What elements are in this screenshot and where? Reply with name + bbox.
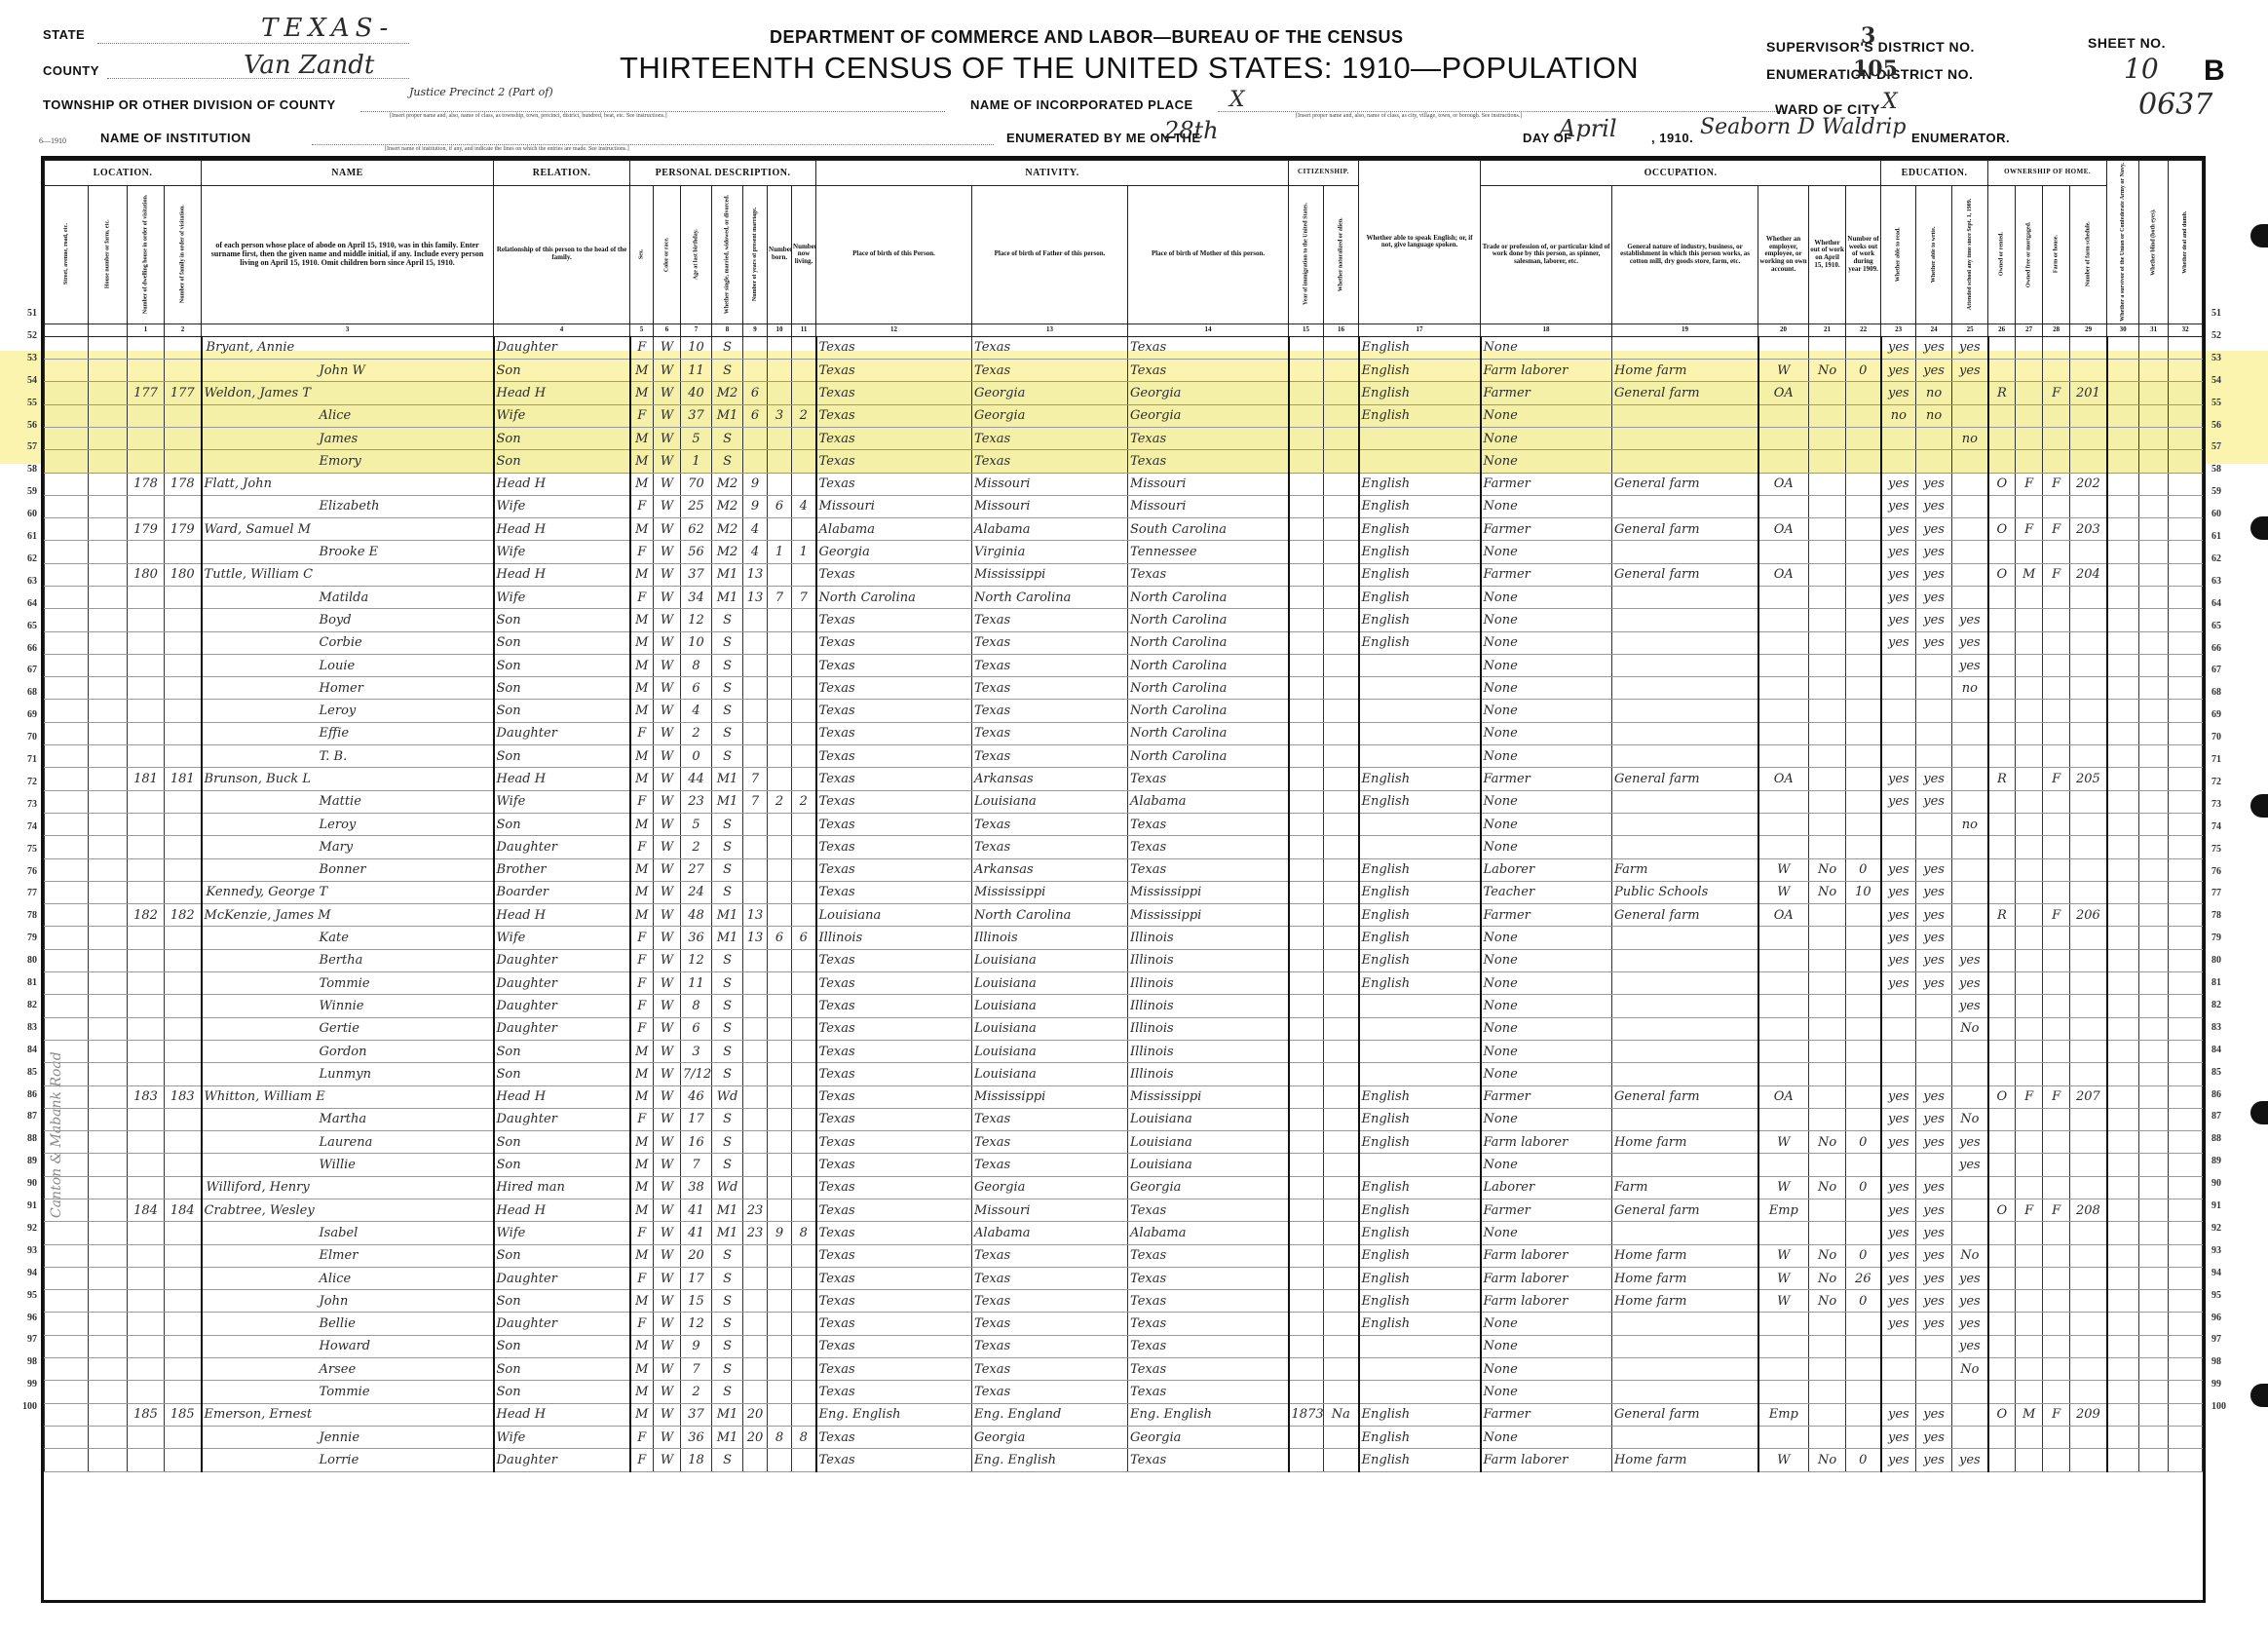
cell-bpf: Texas xyxy=(972,1244,1128,1267)
cell-school: no xyxy=(1952,427,1988,449)
cell-fm xyxy=(2016,745,2043,768)
cell-school: No xyxy=(1952,1017,1988,1040)
cell-wks xyxy=(1846,1063,1881,1085)
cell-oow xyxy=(1809,904,1846,927)
cell-yrs xyxy=(743,360,768,382)
cell-industry xyxy=(1612,836,1758,858)
line-number: 74 xyxy=(4,821,37,832)
cell-bpf: Eng. England xyxy=(972,1403,1128,1426)
cell-family xyxy=(165,360,202,382)
cell-house xyxy=(89,631,128,654)
cell-trade: None xyxy=(1481,1108,1612,1130)
cell-family xyxy=(165,995,202,1017)
cell-blind xyxy=(2139,563,2169,586)
cell-blind xyxy=(2139,768,2169,790)
cell-imm xyxy=(1289,1176,1324,1199)
cell-read xyxy=(1881,1358,1916,1381)
cell-age: 36 xyxy=(681,927,712,949)
cell-race: W xyxy=(654,677,681,700)
cell-born xyxy=(768,836,792,858)
cell-bpm: Texas xyxy=(1128,360,1289,382)
cell-own xyxy=(1988,1063,2016,1085)
cell-read xyxy=(1881,654,1916,676)
cell-school: No xyxy=(1952,1358,1988,1381)
cell-fh: F xyxy=(2043,904,2070,927)
cell-wks: 0 xyxy=(1846,360,1881,382)
cell-marital: S xyxy=(712,700,743,722)
cell-oow xyxy=(1809,836,1846,858)
cell-fh xyxy=(2043,631,2070,654)
cell-race: W xyxy=(654,586,681,608)
cell-school xyxy=(1952,404,1988,427)
cell-deaf xyxy=(2169,1449,2203,1471)
cell-sex: M xyxy=(630,1403,654,1426)
township-value: Justice Precinct 2 (Part of) xyxy=(409,86,553,98)
cell-lang xyxy=(1359,836,1481,858)
cell-industry: Farm xyxy=(1612,1176,1758,1199)
header-birth-mother: Place of birth of Mother of this person. xyxy=(1128,185,1289,324)
group-occupation: OCCUPATION. xyxy=(1481,161,1881,186)
cell-emp xyxy=(1758,450,1809,473)
cell-trade: Laborer xyxy=(1481,858,1612,881)
cell-street xyxy=(45,995,89,1017)
line-number: 65 xyxy=(2211,621,2241,631)
line-number: 100 xyxy=(4,1401,37,1412)
header-farm-house: Farm or house. xyxy=(2043,185,2070,324)
cell-trade: None xyxy=(1481,1313,1612,1335)
line-number: 84 xyxy=(4,1045,37,1055)
cell-read xyxy=(1881,427,1916,449)
cell-bpm: Texas xyxy=(1128,836,1289,858)
cell-dwelling xyxy=(128,745,165,768)
cell-fm xyxy=(2016,790,2043,813)
cell-marital: S xyxy=(712,1449,743,1471)
cell-industry: General farm xyxy=(1612,563,1758,586)
census-row-line-85: MarthaDaughterFW17STexasTexasLouisianaEn… xyxy=(45,1108,2203,1130)
line-number: 99 xyxy=(2211,1379,2241,1390)
cell-born xyxy=(768,473,792,495)
cell-lang: English xyxy=(1359,1176,1481,1199)
cell-bpm: Alabama xyxy=(1128,790,1289,813)
cell-yrs xyxy=(743,1449,768,1471)
cell-family xyxy=(165,858,202,881)
header-out-of-work: Whether out of work on April 15, 1910. xyxy=(1809,185,1846,324)
cell-vet xyxy=(2107,995,2139,1017)
cell-dwelling xyxy=(128,700,165,722)
cell-marital: M1 xyxy=(712,586,743,608)
cell-race: W xyxy=(654,813,681,835)
sheet-value: 10 xyxy=(2124,53,2159,85)
cell-own xyxy=(1988,654,2016,676)
cell-emp xyxy=(1758,927,1809,949)
cell-age: 2 xyxy=(681,836,712,858)
line-number: 55 xyxy=(4,398,37,408)
cell-bpf: Missouri xyxy=(972,1199,1128,1222)
cell-marital: S xyxy=(712,972,743,995)
cell-name: Brunson, Buck L xyxy=(202,768,494,790)
cell-blind xyxy=(2139,404,2169,427)
cell-fm xyxy=(2016,722,2043,744)
cell-street xyxy=(45,700,89,722)
cell-industry xyxy=(1612,1358,1758,1381)
cell-vet xyxy=(2107,609,2139,631)
cell-house xyxy=(89,1290,128,1313)
cell-bpm: Georgia xyxy=(1128,1176,1289,1199)
cell-oow xyxy=(1809,563,1846,586)
cell-own xyxy=(1988,700,2016,722)
enumeration-value: 105 xyxy=(1853,57,1898,82)
cell-write xyxy=(1916,1017,1952,1040)
cell-fh xyxy=(2043,1426,2070,1448)
cell-bpm: Mississippi xyxy=(1128,1085,1289,1108)
cell-lang: English xyxy=(1359,518,1481,541)
cell-marital: S xyxy=(712,1358,743,1381)
cell-emp xyxy=(1758,1040,1809,1062)
cell-family xyxy=(165,1426,202,1448)
cell-trade: None xyxy=(1481,654,1612,676)
cell-trade: None xyxy=(1481,1358,1612,1381)
cell-deaf xyxy=(2169,949,2203,971)
cell-industry xyxy=(1612,495,1758,517)
census-row-line-99: JennieWifeFW36M12088TexasGeorgiaGeorgiaE… xyxy=(45,1426,2203,1448)
cell-vet xyxy=(2107,745,2139,768)
cell-name: Arsee xyxy=(202,1358,494,1381)
cell-bp: Texas xyxy=(816,858,972,881)
cell-yrs: 7 xyxy=(743,768,768,790)
cell-imm xyxy=(1289,541,1324,563)
cell-trade: Farmer xyxy=(1481,768,1612,790)
cell-sex: M xyxy=(630,1154,654,1176)
cell-living xyxy=(792,1290,816,1313)
cell-trade: None xyxy=(1481,790,1612,813)
cell-read: no xyxy=(1881,404,1916,427)
cell-relation: Son xyxy=(494,1131,630,1154)
cell-blind xyxy=(2139,972,2169,995)
supervisor-value: 3 xyxy=(1861,23,1875,49)
cell-bpm: Georgia xyxy=(1128,404,1289,427)
cell-marital: M1 xyxy=(712,768,743,790)
cell-family xyxy=(165,1449,202,1471)
cell-family: 185 xyxy=(165,1403,202,1426)
cell-emp: W xyxy=(1758,1244,1809,1267)
ward-label: WARD OF CITY xyxy=(1775,101,1880,117)
cell-blind xyxy=(2139,813,2169,835)
cell-oow xyxy=(1809,404,1846,427)
cell-lang xyxy=(1359,1335,1481,1357)
cell-wks xyxy=(1846,450,1881,473)
cell-deaf xyxy=(2169,1335,2203,1357)
cell-house xyxy=(89,995,128,1017)
cell-school: yes xyxy=(1952,1154,1988,1176)
column-number: 4 xyxy=(494,324,630,336)
cell-imm xyxy=(1289,722,1324,744)
cell-emp: W xyxy=(1758,360,1809,382)
cell-deaf xyxy=(2169,836,2203,858)
punch-hole xyxy=(2250,794,2268,818)
cell-bp: Texas xyxy=(816,995,972,1017)
cell-sex: M xyxy=(630,1244,654,1267)
cell-fh: F xyxy=(2043,1085,2070,1108)
cell-age: 27 xyxy=(681,858,712,881)
cell-lang xyxy=(1359,813,1481,835)
cell-industry: General farm xyxy=(1612,518,1758,541)
cell-yrs: 23 xyxy=(743,1222,768,1244)
cell-race: W xyxy=(654,995,681,1017)
cell-dwelling xyxy=(128,722,165,744)
cell-oow xyxy=(1809,382,1846,404)
cell-yrs xyxy=(743,1335,768,1357)
cell-relation: Son xyxy=(494,813,630,835)
cell-street xyxy=(45,1131,89,1154)
cell-born xyxy=(768,427,792,449)
cell-sex: M xyxy=(630,677,654,700)
cell-blind xyxy=(2139,790,2169,813)
cell-vet xyxy=(2107,1017,2139,1040)
cell-write: yes xyxy=(1916,609,1952,631)
group-citizenship: CITIZENSHIP. xyxy=(1289,161,1359,186)
cell-read: yes xyxy=(1881,972,1916,995)
cell-race: W xyxy=(654,1108,681,1130)
cell-trade: Farm laborer xyxy=(1481,1131,1612,1154)
cell-race: W xyxy=(654,949,681,971)
cell-bpm: Georgia xyxy=(1128,1426,1289,1448)
line-number: 72 xyxy=(2211,777,2241,787)
cell-trade: Farmer xyxy=(1481,1199,1612,1222)
cell-school xyxy=(1952,1199,1988,1222)
cell-industry: Public Schools xyxy=(1612,881,1758,903)
cell-fh: F xyxy=(2043,382,2070,404)
cell-family xyxy=(165,972,202,995)
cell-yrs: 6 xyxy=(743,382,768,404)
cell-marital: S xyxy=(712,1017,743,1040)
cell-fm xyxy=(2016,858,2043,881)
cell-write xyxy=(1916,700,1952,722)
cell-street xyxy=(45,382,89,404)
cell-write: yes xyxy=(1916,904,1952,927)
cell-yrs: 13 xyxy=(743,563,768,586)
cell-bpm: Texas xyxy=(1128,1267,1289,1289)
cell-marital: M2 xyxy=(712,382,743,404)
cell-bp: Texas xyxy=(816,1199,972,1222)
cell-wks xyxy=(1846,1154,1881,1176)
cell-yrs: 13 xyxy=(743,586,768,608)
cell-bp: Missouri xyxy=(816,495,972,517)
census-row-line-70: 181181Brunson, Buck LHead HMW44M17TexasA… xyxy=(45,768,2203,790)
cell-industry xyxy=(1612,1108,1758,1130)
cell-born xyxy=(768,813,792,835)
cell-read xyxy=(1881,677,1916,700)
cell-trade: None xyxy=(1481,995,1612,1017)
cell-race: W xyxy=(654,654,681,676)
cell-bp: Georgia xyxy=(816,541,972,563)
cell-living xyxy=(792,1335,816,1357)
cell-blind xyxy=(2139,1108,2169,1130)
cell-wks xyxy=(1846,1040,1881,1062)
cell-fm xyxy=(2016,1017,2043,1040)
cell-write: no xyxy=(1916,382,1952,404)
cell-trade: None xyxy=(1481,336,1612,359)
cell-deaf xyxy=(2169,1017,2203,1040)
census-row-line-57: 178178Flatt, JohnHead HMW70M29TexasMisso… xyxy=(45,473,2203,495)
cell-nat xyxy=(1324,790,1359,813)
cell-name: Elmer xyxy=(202,1244,494,1267)
cell-dwelling xyxy=(128,1358,165,1381)
cell-deaf xyxy=(2169,654,2203,676)
cell-age: 41 xyxy=(681,1222,712,1244)
cell-dwelling xyxy=(128,404,165,427)
header-blind: Whether blind (both eyes). xyxy=(2139,161,2169,324)
cell-school: no xyxy=(1952,813,1988,835)
cell-age: 12 xyxy=(681,1313,712,1335)
cell-deaf xyxy=(2169,382,2203,404)
line-number: 63 xyxy=(2211,576,2241,587)
cell-sched xyxy=(2070,722,2107,744)
cell-relation: Daughter xyxy=(494,1267,630,1289)
cell-family xyxy=(165,336,202,359)
cell-relation: Wife xyxy=(494,404,630,427)
cell-fh xyxy=(2043,450,2070,473)
cell-read xyxy=(1881,1154,1916,1176)
cell-industry xyxy=(1612,609,1758,631)
cell-house xyxy=(89,858,128,881)
cell-imm xyxy=(1289,495,1324,517)
cell-name: Mattie xyxy=(202,790,494,813)
cell-bp: Texas xyxy=(816,1085,972,1108)
column-number: 31 xyxy=(2139,324,2169,336)
cell-street xyxy=(45,654,89,676)
cell-oow xyxy=(1809,1199,1846,1222)
cell-fm: F xyxy=(2016,518,2043,541)
header-deaf: Whether deaf and dumb. xyxy=(2169,161,2203,324)
line-number: 82 xyxy=(4,1000,37,1010)
cell-sched xyxy=(2070,1267,2107,1289)
cell-relation: Son xyxy=(494,745,630,768)
cell-emp xyxy=(1758,745,1809,768)
cell-family: 179 xyxy=(165,518,202,541)
cell-read: yes xyxy=(1881,1108,1916,1130)
cell-emp: W xyxy=(1758,1290,1809,1313)
cell-fh xyxy=(2043,722,2070,744)
cell-dwelling xyxy=(128,1131,165,1154)
cell-write: no xyxy=(1916,404,1952,427)
cell-deaf xyxy=(2169,927,2203,949)
cell-bpf: Georgia xyxy=(972,404,1128,427)
cell-dwelling xyxy=(128,1381,165,1403)
census-row-line-81: GertieDaughterFW6STexasLouisianaIllinois… xyxy=(45,1017,2203,1040)
cell-street xyxy=(45,563,89,586)
line-number: 61 xyxy=(2211,531,2241,542)
header-naturalized: Whether naturalized or alien. xyxy=(1324,185,1359,324)
township-label: TOWNSHIP OR OTHER DIVISION OF COUNTY xyxy=(43,97,336,112)
cell-house xyxy=(89,881,128,903)
cell-family xyxy=(165,586,202,608)
cell-yrs: 23 xyxy=(743,1199,768,1222)
line-number: 97 xyxy=(2211,1334,2241,1345)
cell-industry xyxy=(1612,1381,1758,1403)
cell-trade: None xyxy=(1481,1154,1612,1176)
cell-own xyxy=(1988,677,2016,700)
cell-relation: Son xyxy=(494,1290,630,1313)
cell-house xyxy=(89,1449,128,1471)
cell-dwelling: 181 xyxy=(128,768,165,790)
cell-oow xyxy=(1809,927,1846,949)
department-heading: DEPARTMENT OF COMMERCE AND LABOR—BUREAU … xyxy=(770,27,1404,48)
cell-fm: F xyxy=(2016,1199,2043,1222)
cell-family xyxy=(165,700,202,722)
cell-yrs xyxy=(743,1154,768,1176)
form-code: 6—1910 xyxy=(39,136,66,145)
cell-trade: None xyxy=(1481,813,1612,835)
cell-bp: Texas xyxy=(816,972,972,995)
cell-name: Louie xyxy=(202,654,494,676)
header-house-number: House number or farm, etc. xyxy=(89,185,128,324)
line-number: 81 xyxy=(4,977,37,988)
cell-street xyxy=(45,813,89,835)
cell-bp: Texas xyxy=(816,768,972,790)
cell-industry: General farm xyxy=(1612,382,1758,404)
cell-emp xyxy=(1758,1017,1809,1040)
cell-dwelling xyxy=(128,1449,165,1471)
cell-sched: 208 xyxy=(2070,1199,2107,1222)
cell-street xyxy=(45,450,89,473)
cell-sex: M xyxy=(630,654,654,676)
cell-deaf xyxy=(2169,1176,2203,1199)
line-number: 80 xyxy=(4,955,37,966)
census-row-line-53: 177177Weldon, James THead HMW40M26TexasG… xyxy=(45,382,2203,404)
cell-bp: Texas xyxy=(816,609,972,631)
cell-sched xyxy=(2070,836,2107,858)
cell-industry: General farm xyxy=(1612,1403,1758,1426)
cell-nat xyxy=(1324,1085,1359,1108)
cell-house xyxy=(89,654,128,676)
cell-bp: Texas xyxy=(816,382,972,404)
cell-emp: OA xyxy=(1758,563,1809,586)
cell-own xyxy=(1988,1017,2016,1040)
cell-born xyxy=(768,745,792,768)
cell-name: Effie xyxy=(202,722,494,744)
cell-house xyxy=(89,1017,128,1040)
cell-sex: M xyxy=(630,1381,654,1403)
cell-read: yes xyxy=(1881,949,1916,971)
cell-bpf: Texas xyxy=(972,654,1128,676)
punch-hole xyxy=(2250,516,2268,540)
cell-bpf: Texas xyxy=(972,1358,1128,1381)
cell-dwelling xyxy=(128,1313,165,1335)
cell-living xyxy=(792,1108,816,1130)
cell-born xyxy=(768,972,792,995)
cell-lang: English xyxy=(1359,382,1481,404)
cell-dwelling: 177 xyxy=(128,382,165,404)
cell-sex: M xyxy=(630,768,654,790)
cell-name: Leroy xyxy=(202,813,494,835)
cell-school xyxy=(1952,450,1988,473)
cell-living: 6 xyxy=(792,927,816,949)
cell-born xyxy=(768,360,792,382)
line-number: 97 xyxy=(4,1334,37,1345)
cell-oow xyxy=(1809,790,1846,813)
cell-emp xyxy=(1758,1381,1809,1403)
line-number: 56 xyxy=(4,420,37,431)
cell-age: 25 xyxy=(681,495,712,517)
cell-name: Homer xyxy=(202,677,494,700)
cell-nat xyxy=(1324,813,1359,835)
cell-yrs xyxy=(743,1381,768,1403)
line-number: 69 xyxy=(2211,709,2241,720)
cell-family xyxy=(165,1108,202,1130)
cell-school: yes xyxy=(1952,609,1988,631)
cell-fm xyxy=(2016,1290,2043,1313)
cell-family xyxy=(165,450,202,473)
